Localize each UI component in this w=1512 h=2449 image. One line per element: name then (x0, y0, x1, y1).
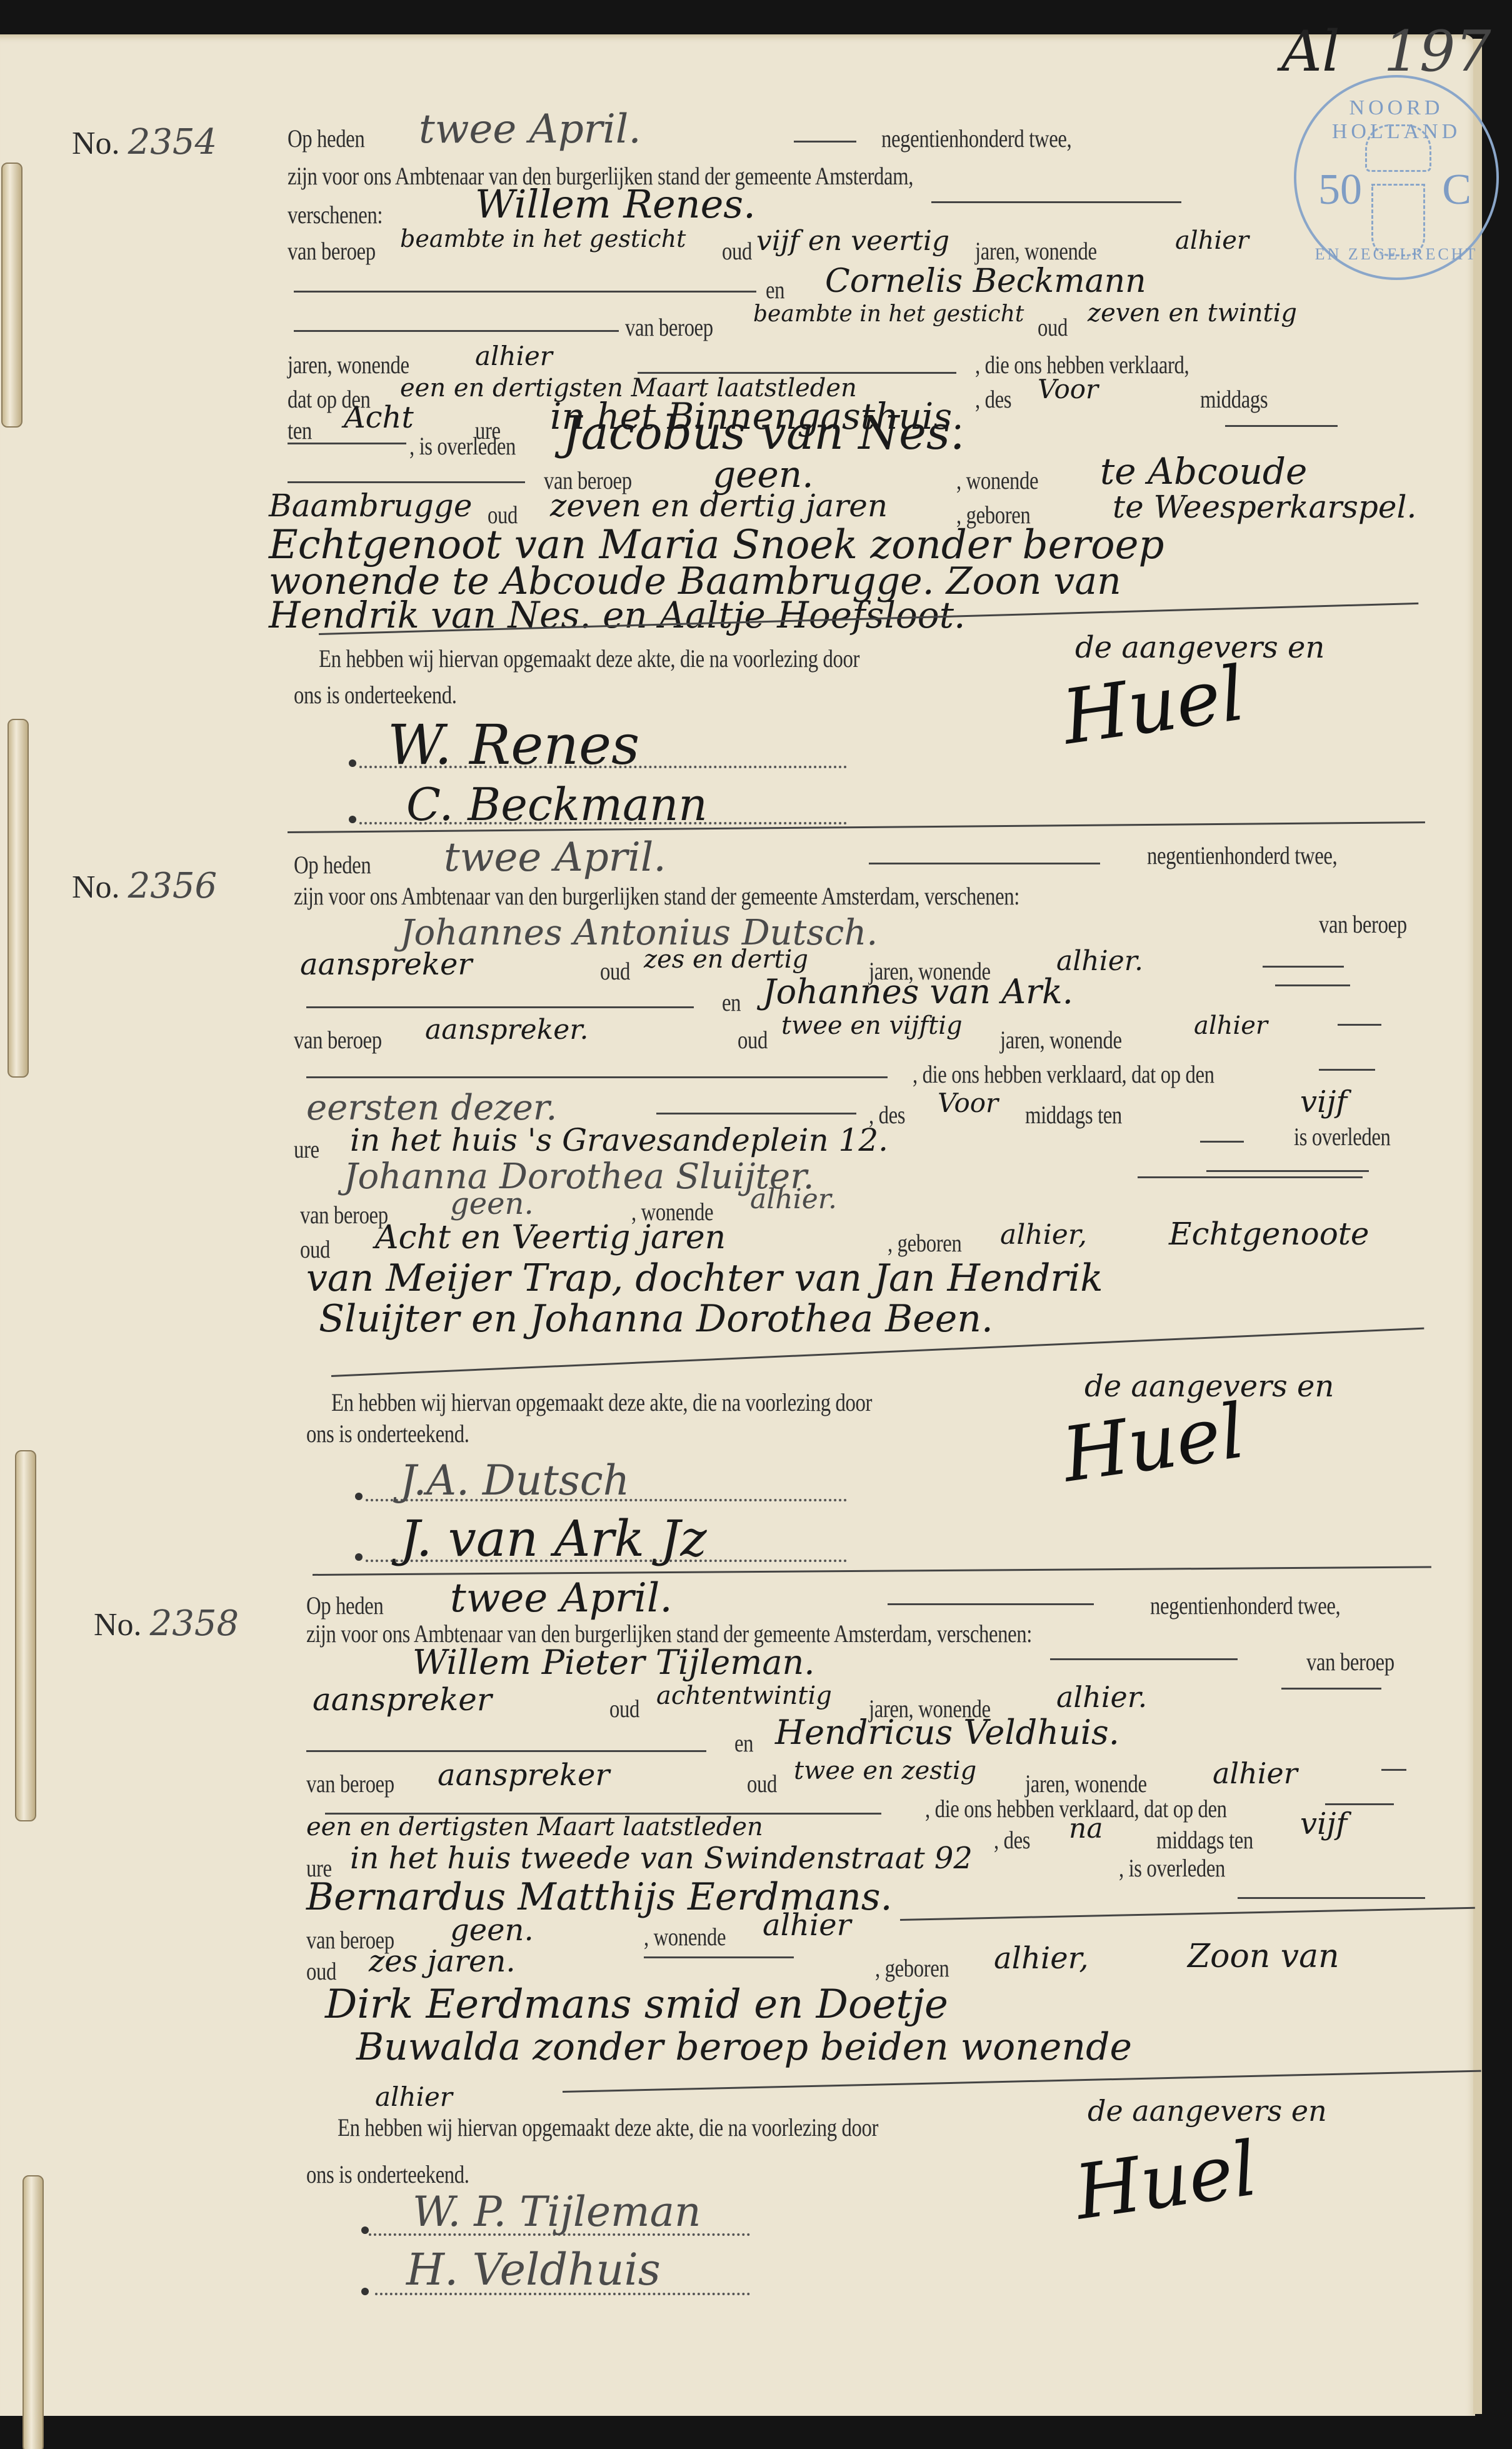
deceased-age: zeven en dertig jaren (550, 488, 888, 524)
closing-text-2: ons is onderteekend. (306, 1419, 469, 1448)
declarant-1-occupation: beambte in het gesticht (400, 225, 686, 253)
van-beroep-label: van beroep (625, 313, 713, 342)
death-place: in het huis 's Gravesandeplein 12. (350, 1122, 888, 1158)
record-number: No. 2358 (94, 1603, 239, 1644)
folio-initials: Al (1281, 19, 1340, 84)
van-beroep-label: van beroep (1319, 909, 1407, 939)
deceased-age: Acht en Veertig jaren (375, 1219, 726, 1256)
closing-text-2: ons is onderteekend. (294, 680, 457, 709)
declarant-1-occupation: aanspreker (300, 947, 472, 982)
death-hour: vijf (1300, 1084, 1347, 1119)
additional-info: Buwalda zonder beroep beiden wonende (356, 2025, 1132, 2069)
oud-label: oud (600, 956, 630, 986)
crown-icon (1365, 124, 1431, 172)
op-heden-label: Op heden (306, 1591, 383, 1620)
jaren-wonende-label: jaren, wonende (1000, 1025, 1122, 1054)
declarant-signature: W. Renes (388, 713, 639, 777)
record-number-value: 2358 (150, 1603, 239, 1644)
jaren-wonende-label: jaren, wonende (288, 350, 409, 379)
ten-label: ten (288, 416, 312, 445)
oud-label: oud (747, 1769, 777, 1798)
deceased-occupation: geen. (450, 1913, 534, 1948)
additional-info: Hendrik van Nes. en Aaltje Hoefsloot. (269, 594, 965, 636)
no-label: No. (72, 869, 120, 905)
deceased-residence: alhier. (750, 1183, 837, 1215)
record-number: No. 2354 (72, 122, 217, 163)
en-label: en (722, 988, 741, 1017)
en-label: en (766, 275, 784, 304)
declarant-2-name: Cornelis Beckmann (825, 263, 1146, 300)
record-date: twee April. (444, 834, 666, 881)
death-place: in het huis tweede van Swindenstraat 92 (350, 1841, 973, 1876)
year-text: negentienhonderd twee, (1147, 841, 1337, 870)
additional-info: Echtgenoote (1169, 1216, 1369, 1252)
jaren-wonende-label: jaren, wonende (975, 236, 1097, 266)
voor-na: Voor (1038, 374, 1098, 404)
voor-na: Voor (938, 1088, 998, 1118)
year-text: negentienhonderd twee, (881, 124, 1071, 153)
binding-stitch (23, 2175, 44, 2449)
binding-stitch (8, 719, 29, 1078)
birthplace: alhier, (1000, 1219, 1087, 1251)
declarant-2-occupation: beambte in het gesticht (753, 301, 1024, 327)
deceased-name: Jacobus van Nes. (563, 406, 964, 460)
wonende-label: , wonende (956, 466, 1038, 495)
geboren-label: , geboren (888, 1228, 961, 1258)
op-heden-label: Op heden (294, 850, 371, 879)
death-hour: Acht (344, 400, 414, 435)
die-ons-label: , die ons hebben verklaard, dat op den (913, 1059, 1214, 1089)
no-label: No. (94, 1607, 142, 1643)
additional-info: alhier (375, 2081, 453, 2112)
deceased-age: zes jaren. (369, 1944, 516, 1979)
year-text: negentienhonderd twee, (1150, 1591, 1340, 1620)
en-label: en (734, 1728, 753, 1758)
page-edge (1473, 39, 1482, 2414)
deceased-name: Johanna Dorothea Sluijter. (344, 1156, 814, 1197)
declarant-signature: C. Beckmann (406, 778, 708, 831)
declarant-2-age: zeven en twintig (1088, 299, 1297, 328)
declarant-2-residence: alhier (1194, 1011, 1268, 1040)
middags-ten-label: middags ten (1025, 1100, 1122, 1129)
record-number-value: 2354 (128, 122, 218, 163)
des-label: , des (975, 384, 1011, 414)
verschenen-label: verschenen: (288, 200, 383, 229)
record-date: twee April. (419, 106, 641, 153)
declarant-2-residence: alhier (475, 341, 553, 371)
no-label: No. (72, 126, 120, 161)
is-overleden-label: , is overleden (409, 431, 516, 461)
op-heden-label: Op heden (288, 124, 364, 153)
voor-na: na (1069, 1813, 1103, 1845)
closing-text: En hebben wij hiervan opgemaakt deze akt… (338, 2113, 878, 2142)
stamp-bottom-text: EN ZEGELRECHT (1296, 245, 1496, 264)
declarant-signature: J.A. Dutsch (400, 1456, 629, 1505)
folio-marking: Al197 (1281, 19, 1491, 84)
closing-text-2: ons is onderteekend. (306, 2160, 469, 2189)
des-label: , des (994, 1825, 1030, 1855)
declarant-signature: J. van Ark Jz (400, 1510, 707, 1568)
declarant-2-age: twee en vijftig (781, 1011, 963, 1040)
declarant-1-age: zes en dertig (644, 945, 808, 974)
declarant-1-residence: alhier (1175, 226, 1249, 255)
deceased-occupation: geen. (450, 1186, 534, 1221)
declarant-2-occupation: aanspreker. (425, 1014, 589, 1046)
van-beroep-label: van beroep (288, 236, 376, 266)
middags-ten-label: middags ten (1156, 1825, 1253, 1855)
record-number: No. 2356 (72, 866, 217, 906)
declarant-2-name: Johannes van Ark. (763, 972, 1073, 1011)
declarant-1-age: vijf en veertig (756, 225, 949, 257)
declarant-1-residence: alhier. (1056, 1680, 1147, 1714)
additional-info: Zoon van (1188, 1938, 1339, 1975)
record-date: twee April. (450, 1575, 673, 1621)
binding-stitch (15, 1450, 36, 1821)
record-number-value: 2356 (128, 866, 218, 906)
declarant-1-name: Willem Renes. (475, 181, 756, 227)
geboren-label: , geboren (875, 1953, 949, 1983)
oud-label: oud (609, 1694, 639, 1723)
stamp-currency: C (1442, 165, 1471, 215)
closing-text: En hebben wij hiervan opgemaakt deze akt… (331, 1388, 872, 1417)
stamp-value: 50 (1318, 165, 1362, 215)
zijn-voor-text: zijn voor ons Ambtenaar van den burgerli… (294, 881, 1019, 911)
additional-info: Sluijter en Johanna Dorothea Been. (319, 1297, 993, 1341)
wonende-label: , wonende (644, 1922, 726, 1951)
van-beroep-label: van beroep (1306, 1647, 1394, 1676)
declarant-signature: H. Veldhuis (406, 2244, 661, 2295)
oud-label: oud (738, 1025, 768, 1054)
declarant-2-residence: alhier (1213, 1756, 1298, 1790)
declarant-2-occupation: aanspreker (438, 1758, 609, 1793)
deceased-residence: te Abcoude (1100, 450, 1307, 493)
birthplace: alhier, (994, 1941, 1089, 1976)
binding-stitch (1, 163, 23, 428)
additional-info: Dirk Eerdmans smid en Doetje (325, 1981, 948, 2028)
declarant-1-age: achtentwintig (656, 1681, 832, 1710)
declarant-1-occupation: aanspreker (313, 1681, 492, 1718)
ure-label: ure (294, 1134, 319, 1164)
closing-by: de aangevers en (1088, 2094, 1327, 2128)
declarant-2-name: Hendricus Veldhuis. (775, 1713, 1119, 1752)
declarant-signature: W. P. Tijleman (413, 2188, 701, 2236)
closing-text: En hebben wij hiervan opgemaakt deze akt… (319, 644, 859, 673)
death-hour: vijf (1300, 1806, 1347, 1841)
is-overleden-label: , is overleden (1119, 1853, 1225, 1883)
deceased-residence: alhier (763, 1908, 851, 1943)
additional-info: van Meijer Trap, dochter van Jan Hendrik (306, 1256, 1103, 1300)
birthplace: te Weesperkarspel. (1113, 489, 1416, 525)
is-overleden-label: is overleden (1294, 1122, 1390, 1151)
deceased-residence-cont: Baambrugge (269, 488, 473, 524)
death-date: een en dertigsten Maart laatstleden (306, 1813, 763, 1841)
oud-label: oud (722, 236, 752, 266)
van-beroep-label: van beroep (294, 1025, 382, 1054)
van-beroep-label: van beroep (306, 1769, 394, 1798)
revenue-stamp: NOORD HOLLAND 50 C EN ZEGELRECHT (1294, 75, 1499, 280)
declarant-2-age: twee en zestig (794, 1756, 976, 1785)
oud-label: oud (1038, 313, 1068, 342)
middags-label: middags (1200, 384, 1268, 414)
declarant-1-name: Willem Pieter Tijleman. (413, 1643, 815, 1682)
